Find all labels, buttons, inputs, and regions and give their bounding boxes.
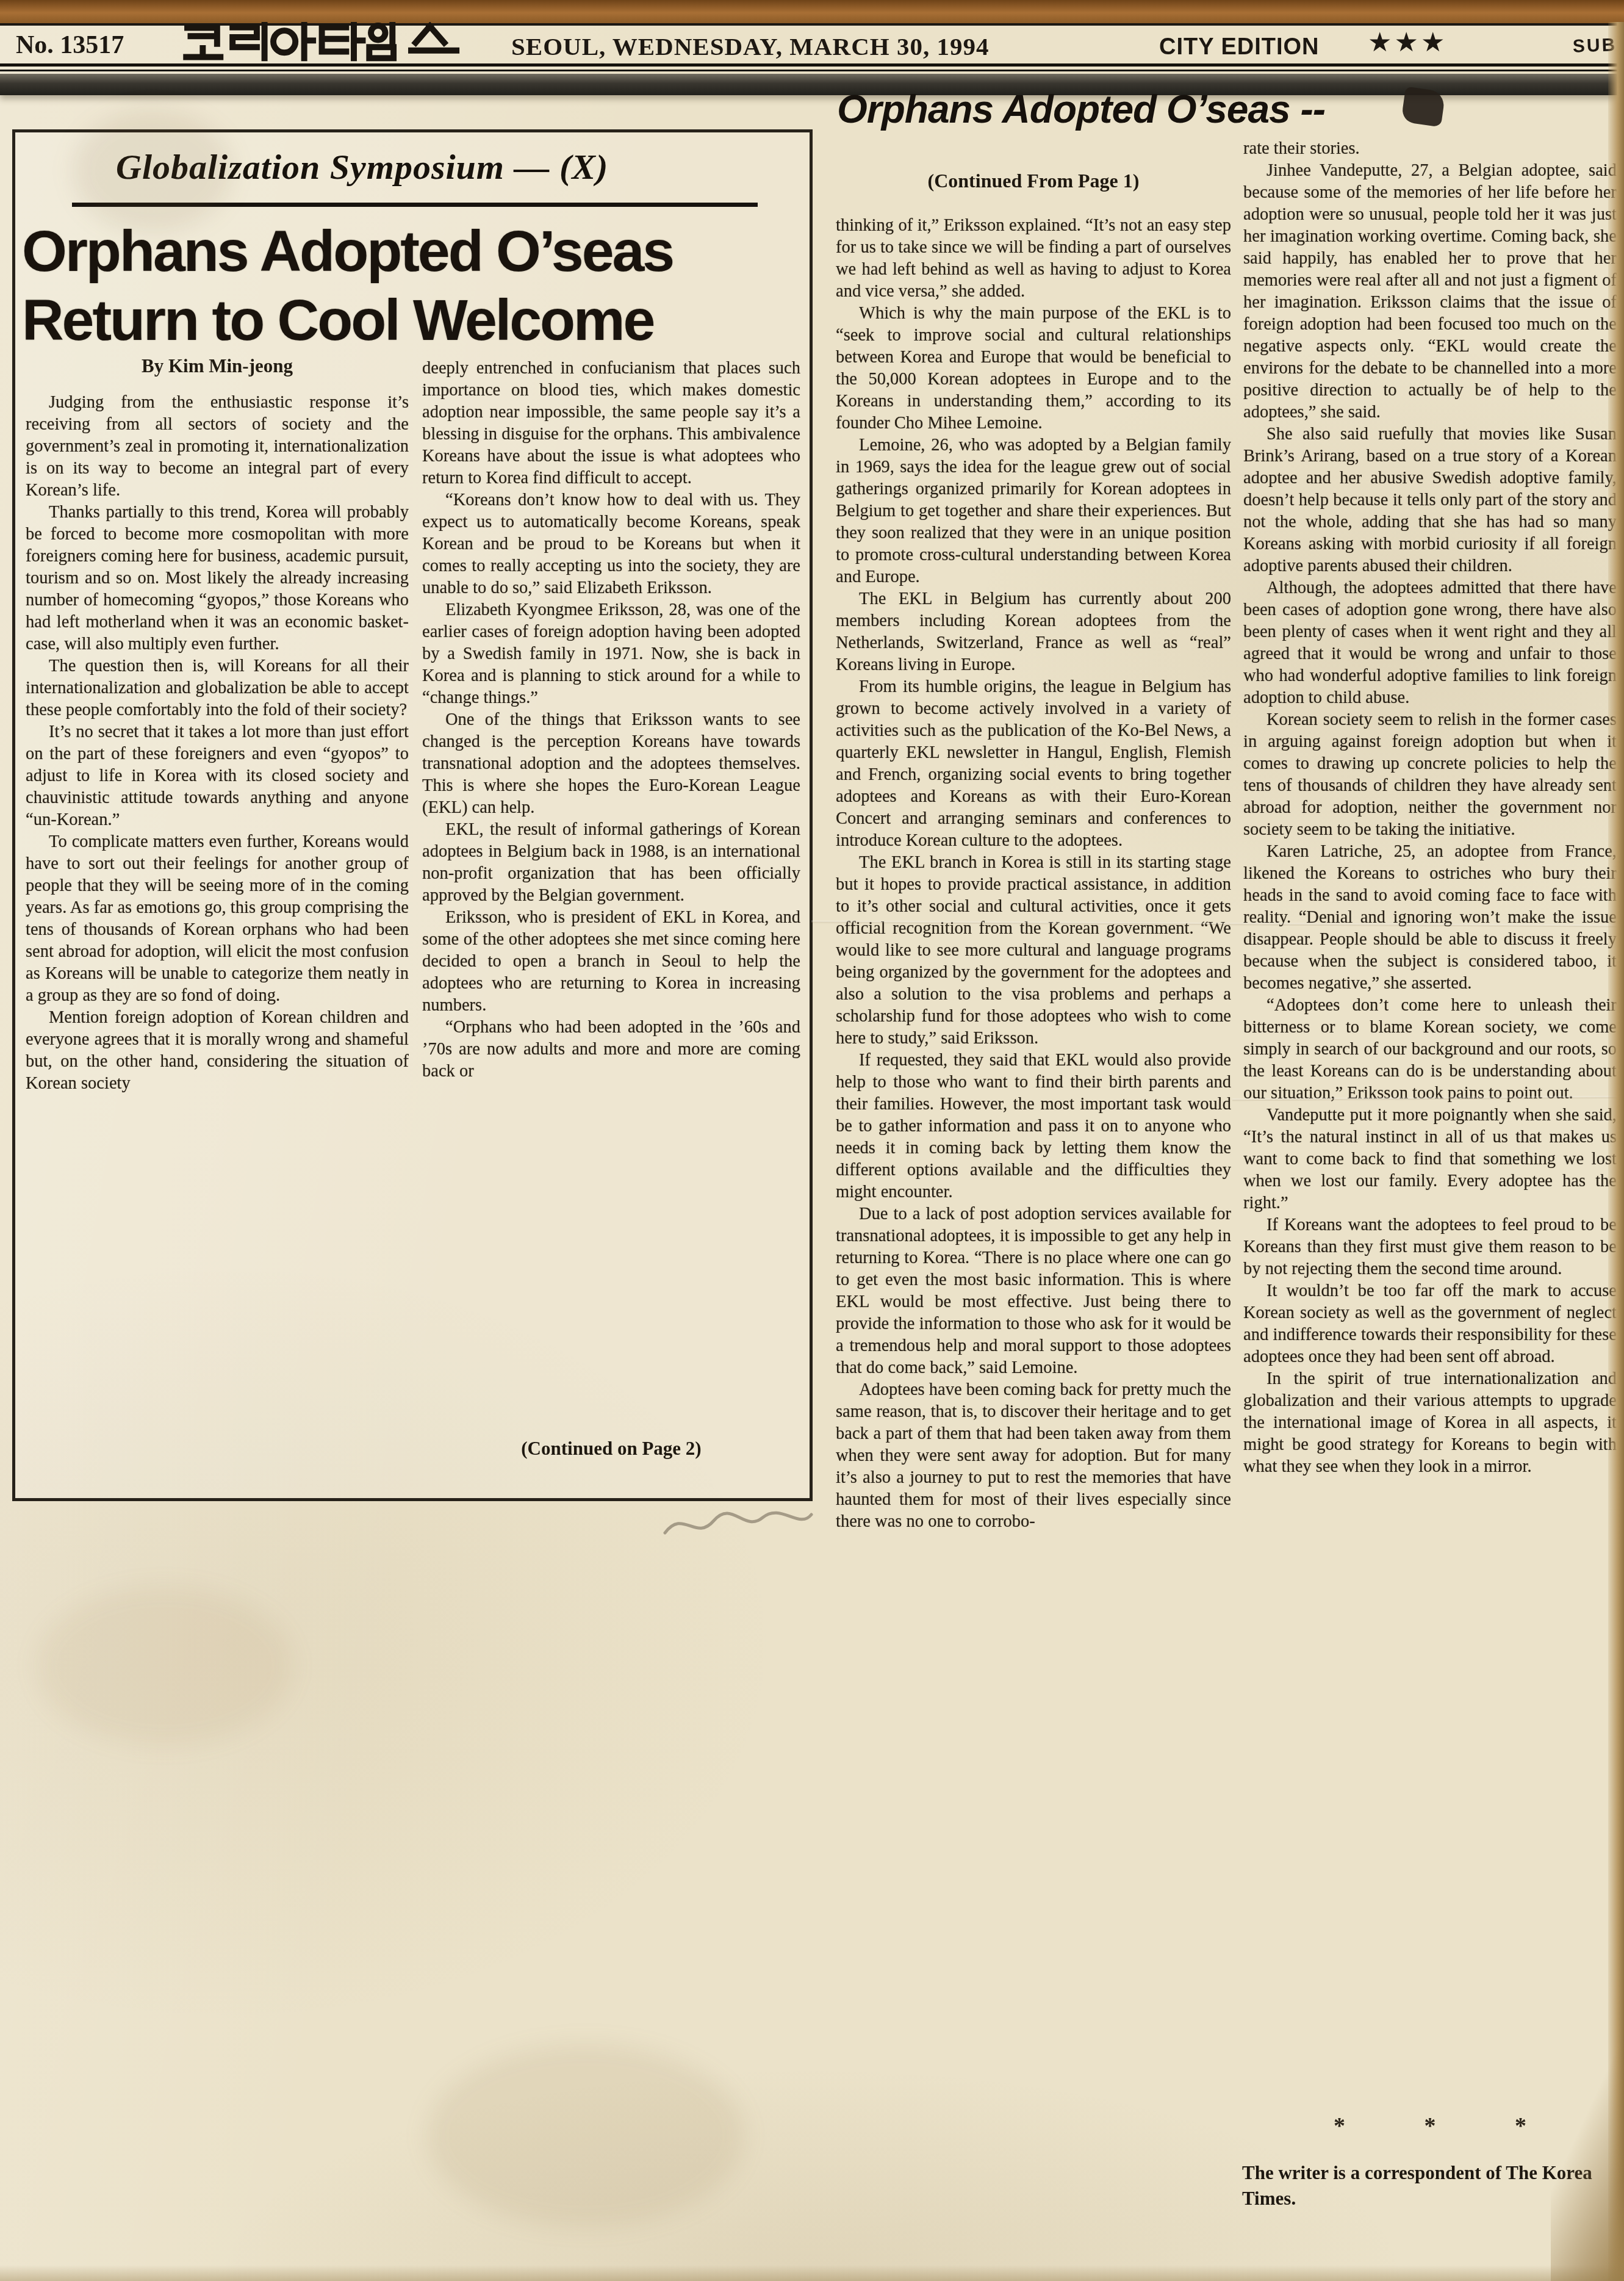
front-article-column-1: Judging from the enthusiastic response i… <box>26 392 409 1487</box>
article-paragraph: From its humble origins, the league in B… <box>836 676 1231 852</box>
article-paragraph: “Koreans don’t know how to deal with us.… <box>422 489 800 599</box>
page-fold-shadow-bar <box>0 74 1624 95</box>
article-paragraph: If requested, they said that EKL would a… <box>836 1050 1231 1203</box>
article-paragraph: Eriksson, who is president of EKL in Kor… <box>422 907 800 1017</box>
article-paragraph: Which is why the main purpose of the EKL… <box>836 303 1231 434</box>
jump-article-title: Orphans Adopted O’seas -- <box>837 87 1325 132</box>
article-paragraph: “Orphans who had been adopted in the ’60… <box>422 1017 800 1083</box>
masthead-rule-top <box>0 63 1624 67</box>
masthead-dateline: SEOUL, WEDNESDAY, MARCH 30, 1994 <box>511 32 989 61</box>
continued-from-note: (Continued From Page 1) <box>836 170 1231 192</box>
article-paragraph: rate their stories. <box>1243 138 1617 160</box>
paper-stain <box>427 2044 744 2227</box>
issue-number: No. 13517 <box>16 31 124 60</box>
page-corner-curl <box>1551 2025 1624 2281</box>
masthead-rule-bottom <box>0 70 1624 71</box>
article-paragraph: Judging from the enthusiastic response i… <box>26 392 409 502</box>
article-byline: By Kim Min-jeong <box>26 355 409 377</box>
article-paragraph: Vandeputte put it more poignantly when s… <box>1243 1104 1617 1214</box>
article-paragraph: Jinhee Vandeputte, 27, a Belgian adoptee… <box>1243 160 1617 423</box>
article-paragraph: Adoptees have been coming back for prett… <box>836 1379 1231 1533</box>
article-paragraph: It’s no secret that it takes a lot more … <box>26 721 409 831</box>
article-paragraph: Mention foreign adoption of Korean child… <box>26 1007 409 1095</box>
page-bottom-edge <box>0 2265 1624 2281</box>
table-background-strip <box>0 0 1624 23</box>
edition-label: CITY EDITION <box>1159 34 1320 60</box>
article-paragraph: Lemoine, 26, who was adopted by a Belgia… <box>836 434 1231 588</box>
korean-newspaper-logo <box>182 22 469 63</box>
article-paragraph: To complicate matters even further, Kore… <box>26 831 409 1007</box>
article-paragraph: She also said ruefully that movies like … <box>1243 423 1617 577</box>
front-article-column-2: deeply entrenched in confucianism that p… <box>422 358 800 1433</box>
article-paragraph: Elizabeth Kyongmee Eriksson, 28, was one… <box>422 599 800 709</box>
article-paragraph: The question then is, will Koreans for a… <box>26 655 409 721</box>
page-right-edge <box>1608 22 1624 2281</box>
article-paragraph: The EKL in Belgium has currently about 2… <box>836 588 1231 676</box>
jump-article-column-2: rate their stories.Jinhee Vandeputte, 27… <box>1243 138 1617 2115</box>
article-paragraph: The EKL branch in Korea is still in its … <box>836 852 1231 1050</box>
article-paragraph: Karen Latriche, 25, an adoptee from Fran… <box>1243 841 1617 995</box>
article-paragraph: deeply entrenched in confucianism that p… <box>422 358 800 489</box>
headline-line-2: Return to Cool Welcome <box>22 286 797 355</box>
article-headline: Orphans Adopted O’seas Return to Cool We… <box>22 217 797 355</box>
article-paragraph: In the spirit of true internationalizati… <box>1243 1368 1617 1478</box>
article-paragraph: “Adoptees don’t come here to unleash the… <box>1243 995 1617 1104</box>
article-paragraph: EKL, the result of informal gatherings o… <box>422 819 800 907</box>
article-paragraph: Thanks partially to this trend, Korea wi… <box>26 502 409 655</box>
article-paragraph: Although, the adoptees admitted that the… <box>1243 577 1617 709</box>
paper-stain <box>37 1587 293 1745</box>
jump-article-column-1: thinking of it,” Eriksson explained. “It… <box>836 215 1231 2280</box>
continued-on-note: (Continued on Page 2) <box>422 1438 800 1460</box>
paper-stain <box>73 110 232 232</box>
article-paragraph: thinking of it,” Eriksson explained. “It… <box>836 215 1231 303</box>
pencil-scribble-mark <box>659 1496 817 1551</box>
newspaper-scan-page: No. 13517 SEOUL, WEDNESDAY, MARCH 30, 19… <box>0 0 1624 2281</box>
article-paragraph: If Koreans want the adoptees to feel pro… <box>1243 1214 1617 1280</box>
article-paragraph: Korean society seem to relish in the for… <box>1243 709 1617 841</box>
article-paragraph: Due to a lack of post adoption services … <box>836 1203 1231 1379</box>
edition-stars-icon: ★★★ <box>1368 27 1447 58</box>
article-paragraph: It wouldn’t be too far off the mark to a… <box>1243 1280 1617 1368</box>
article-paragraph: One of the things that Eriksson wants to… <box>422 709 800 819</box>
